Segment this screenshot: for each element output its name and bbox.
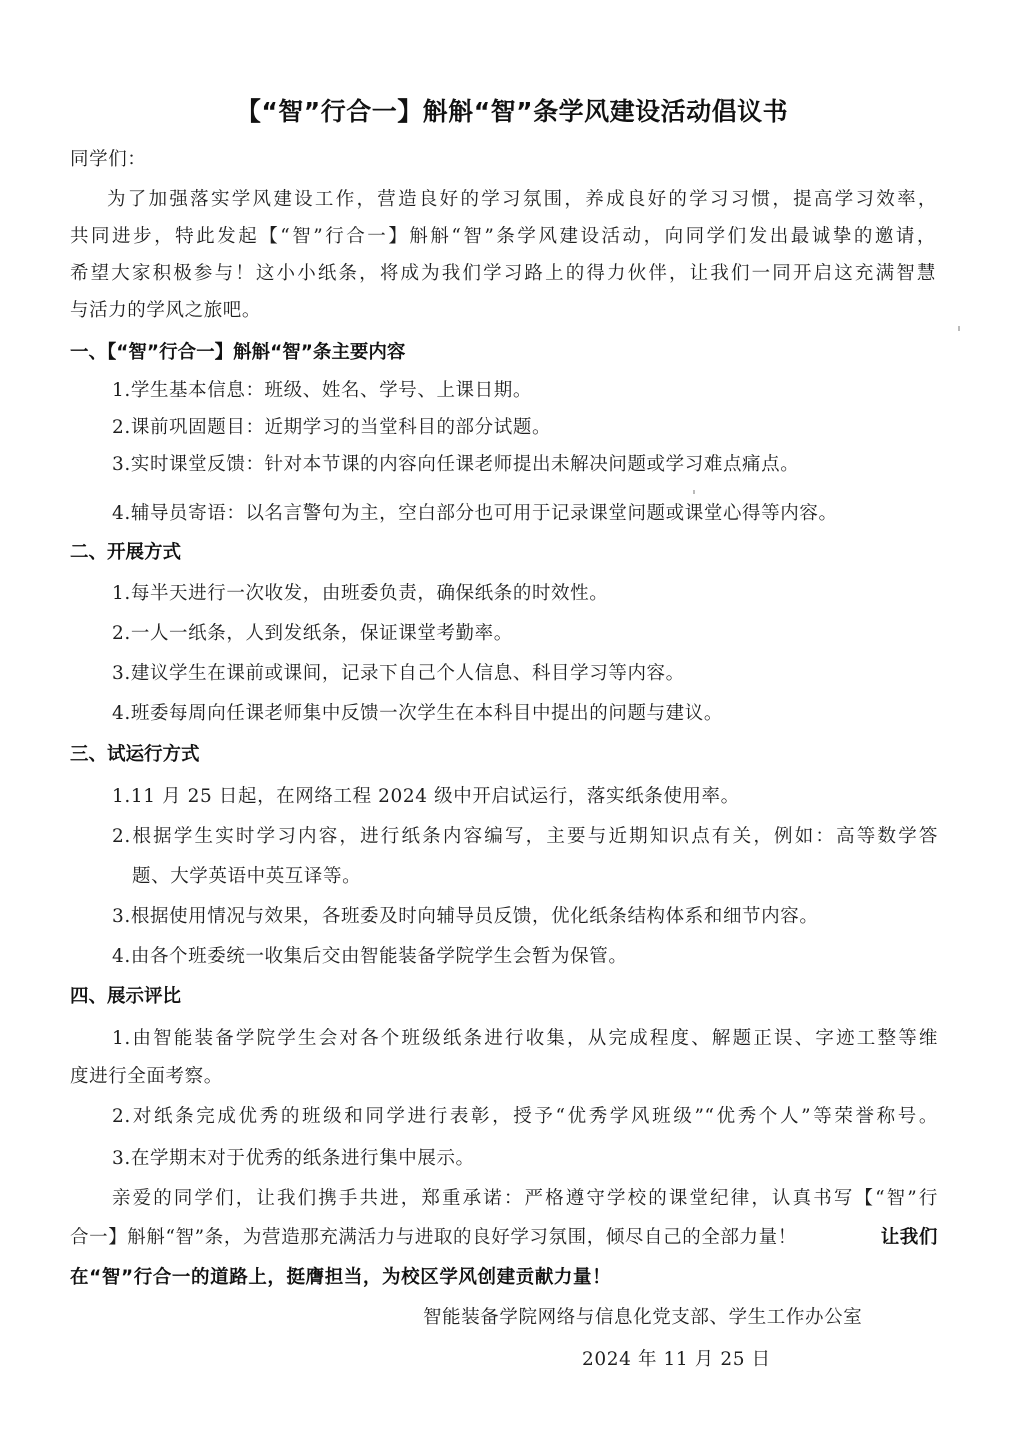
section-1-item-3: 3.实时课堂反馈：针对本节课的内容向任课老师提出未解决问题或学习难点痛点。 xyxy=(112,453,799,477)
section-3-item-2: 2.根据学生实时学习内容，进行纸条内容编写，主要与近期知识点有关，例如：高等数学… xyxy=(112,825,938,849)
section-1-item-1: 1.学生基本信息：班级、姓名、学号、上课日期。 xyxy=(112,379,532,403)
scan-speck xyxy=(693,490,695,494)
closing-line-3-emphasis: 在“智”行合一的道路上，挺膺担当，为校区学风创建贡献力量！ xyxy=(70,1266,611,1290)
section-4-item-2: 2.对纸条完成优秀的班级和同学进行表彰，授予“优秀学风班级”“优秀个人”等荣誉称… xyxy=(112,1105,938,1129)
section-3-item-3: 3.根据使用情况与效果，各班委及时向辅导员反馈，优化纸条结构体系和细节内容。 xyxy=(112,905,818,929)
section-2-heading: 二、开展方式 xyxy=(70,541,181,565)
section-2-item-4: 4.班委每周向任课老师集中反馈一次学生在本科目中提出的问题与建议。 xyxy=(112,702,723,726)
section-2-item-1: 1.每半天进行一次收发，由班委负责，确保纸条的时效性。 xyxy=(112,582,608,606)
intro-line-3: 希望大家积极参与！这小小纸条，将成为我们学习路上的得力伙伴，让我们一同开启这充满… xyxy=(70,262,936,286)
section-2-item-2: 2.一人一纸条，人到发纸条，保证课堂考勤率。 xyxy=(112,622,513,646)
section-4-item-1-cont: 度进行全面考察。 xyxy=(70,1065,223,1089)
closing-line-2: 合一】斛斛“智”条，为营造那充满活力与进取的良好学习氛围，倾尽自己的全部力量！ … xyxy=(70,1226,938,1250)
section-3-heading: 三、试运行方式 xyxy=(70,743,200,767)
closing-line-1: 亲爱的同学们，让我们携手共进，郑重承诺：严格遵守学校的课堂纪律，认真书写【“智”… xyxy=(112,1187,938,1211)
date: 2024 年 11 月 25 日 xyxy=(582,1348,771,1372)
intro-line-2: 共同进步，特此发起【“智”行合一】斛斛“智”条学风建设活动，向同学们发出最诚挚的… xyxy=(70,225,936,249)
section-1-heading: 一、【“智”行合一】斛斛“智”条主要内容 xyxy=(70,341,405,365)
section-4-item-1: 1.由智能装备学院学生会对各个班级纸条进行收集，从完成程度、解题正误、字迹工整等… xyxy=(112,1027,938,1051)
intro-line-1: 为了加强落实学风建设工作，营造良好的学习氛围，养成良好的学习习惯，提高学习效率， xyxy=(107,188,937,212)
section-3-item-1: 1.11 月 25 日起，在网络工程 2024 级中开启试运行，落实纸条使用率。 xyxy=(112,785,740,809)
section-1-item-4: 4.辅导员寄语：以名言警句为主，空白部分也可用于记录课堂问题或课堂心得等内容。 xyxy=(112,502,838,526)
section-1-item-2: 2.课前巩固题目：近期学习的当堂科目的部分试题。 xyxy=(112,416,551,440)
section-2-item-3: 3.建议学生在课前或课间，记录下自己个人信息、科目学习等内容。 xyxy=(112,662,685,686)
greeting: 同学们： xyxy=(70,148,146,172)
section-4-item-3: 3.在学期末对于优秀的纸条进行集中展示。 xyxy=(112,1147,475,1171)
intro-line-4: 与活力的学风之旅吧。 xyxy=(70,299,261,323)
section-3-item-4: 4.由各个班委统一收集后交由智能装备学院学生会暂为保管。 xyxy=(112,945,627,969)
closing-line-2-text: 合一】斛斛“智”条，为营造那充满活力与进取的良好学习氛围，倾尽自己的全部力量！ xyxy=(70,1226,797,1250)
section-3-item-2-cont: 题、大学英语中英互译等。 xyxy=(132,865,361,889)
scan-speck xyxy=(958,326,960,331)
section-4-heading: 四、展示评比 xyxy=(70,985,181,1009)
signature: 智能装备学院网络与信息化党支部、学生工作办公室 xyxy=(423,1306,862,1330)
closing-line-2-emphasis: 让我们 xyxy=(881,1226,938,1250)
document-title: 【“智”行合一】斛斛“智”条学风建设活动倡议书 xyxy=(0,92,1024,128)
document-page: 【“智”行合一】斛斛“智”条学风建设活动倡议书 同学们： 为了加强落实学风建设工… xyxy=(0,0,1024,1448)
